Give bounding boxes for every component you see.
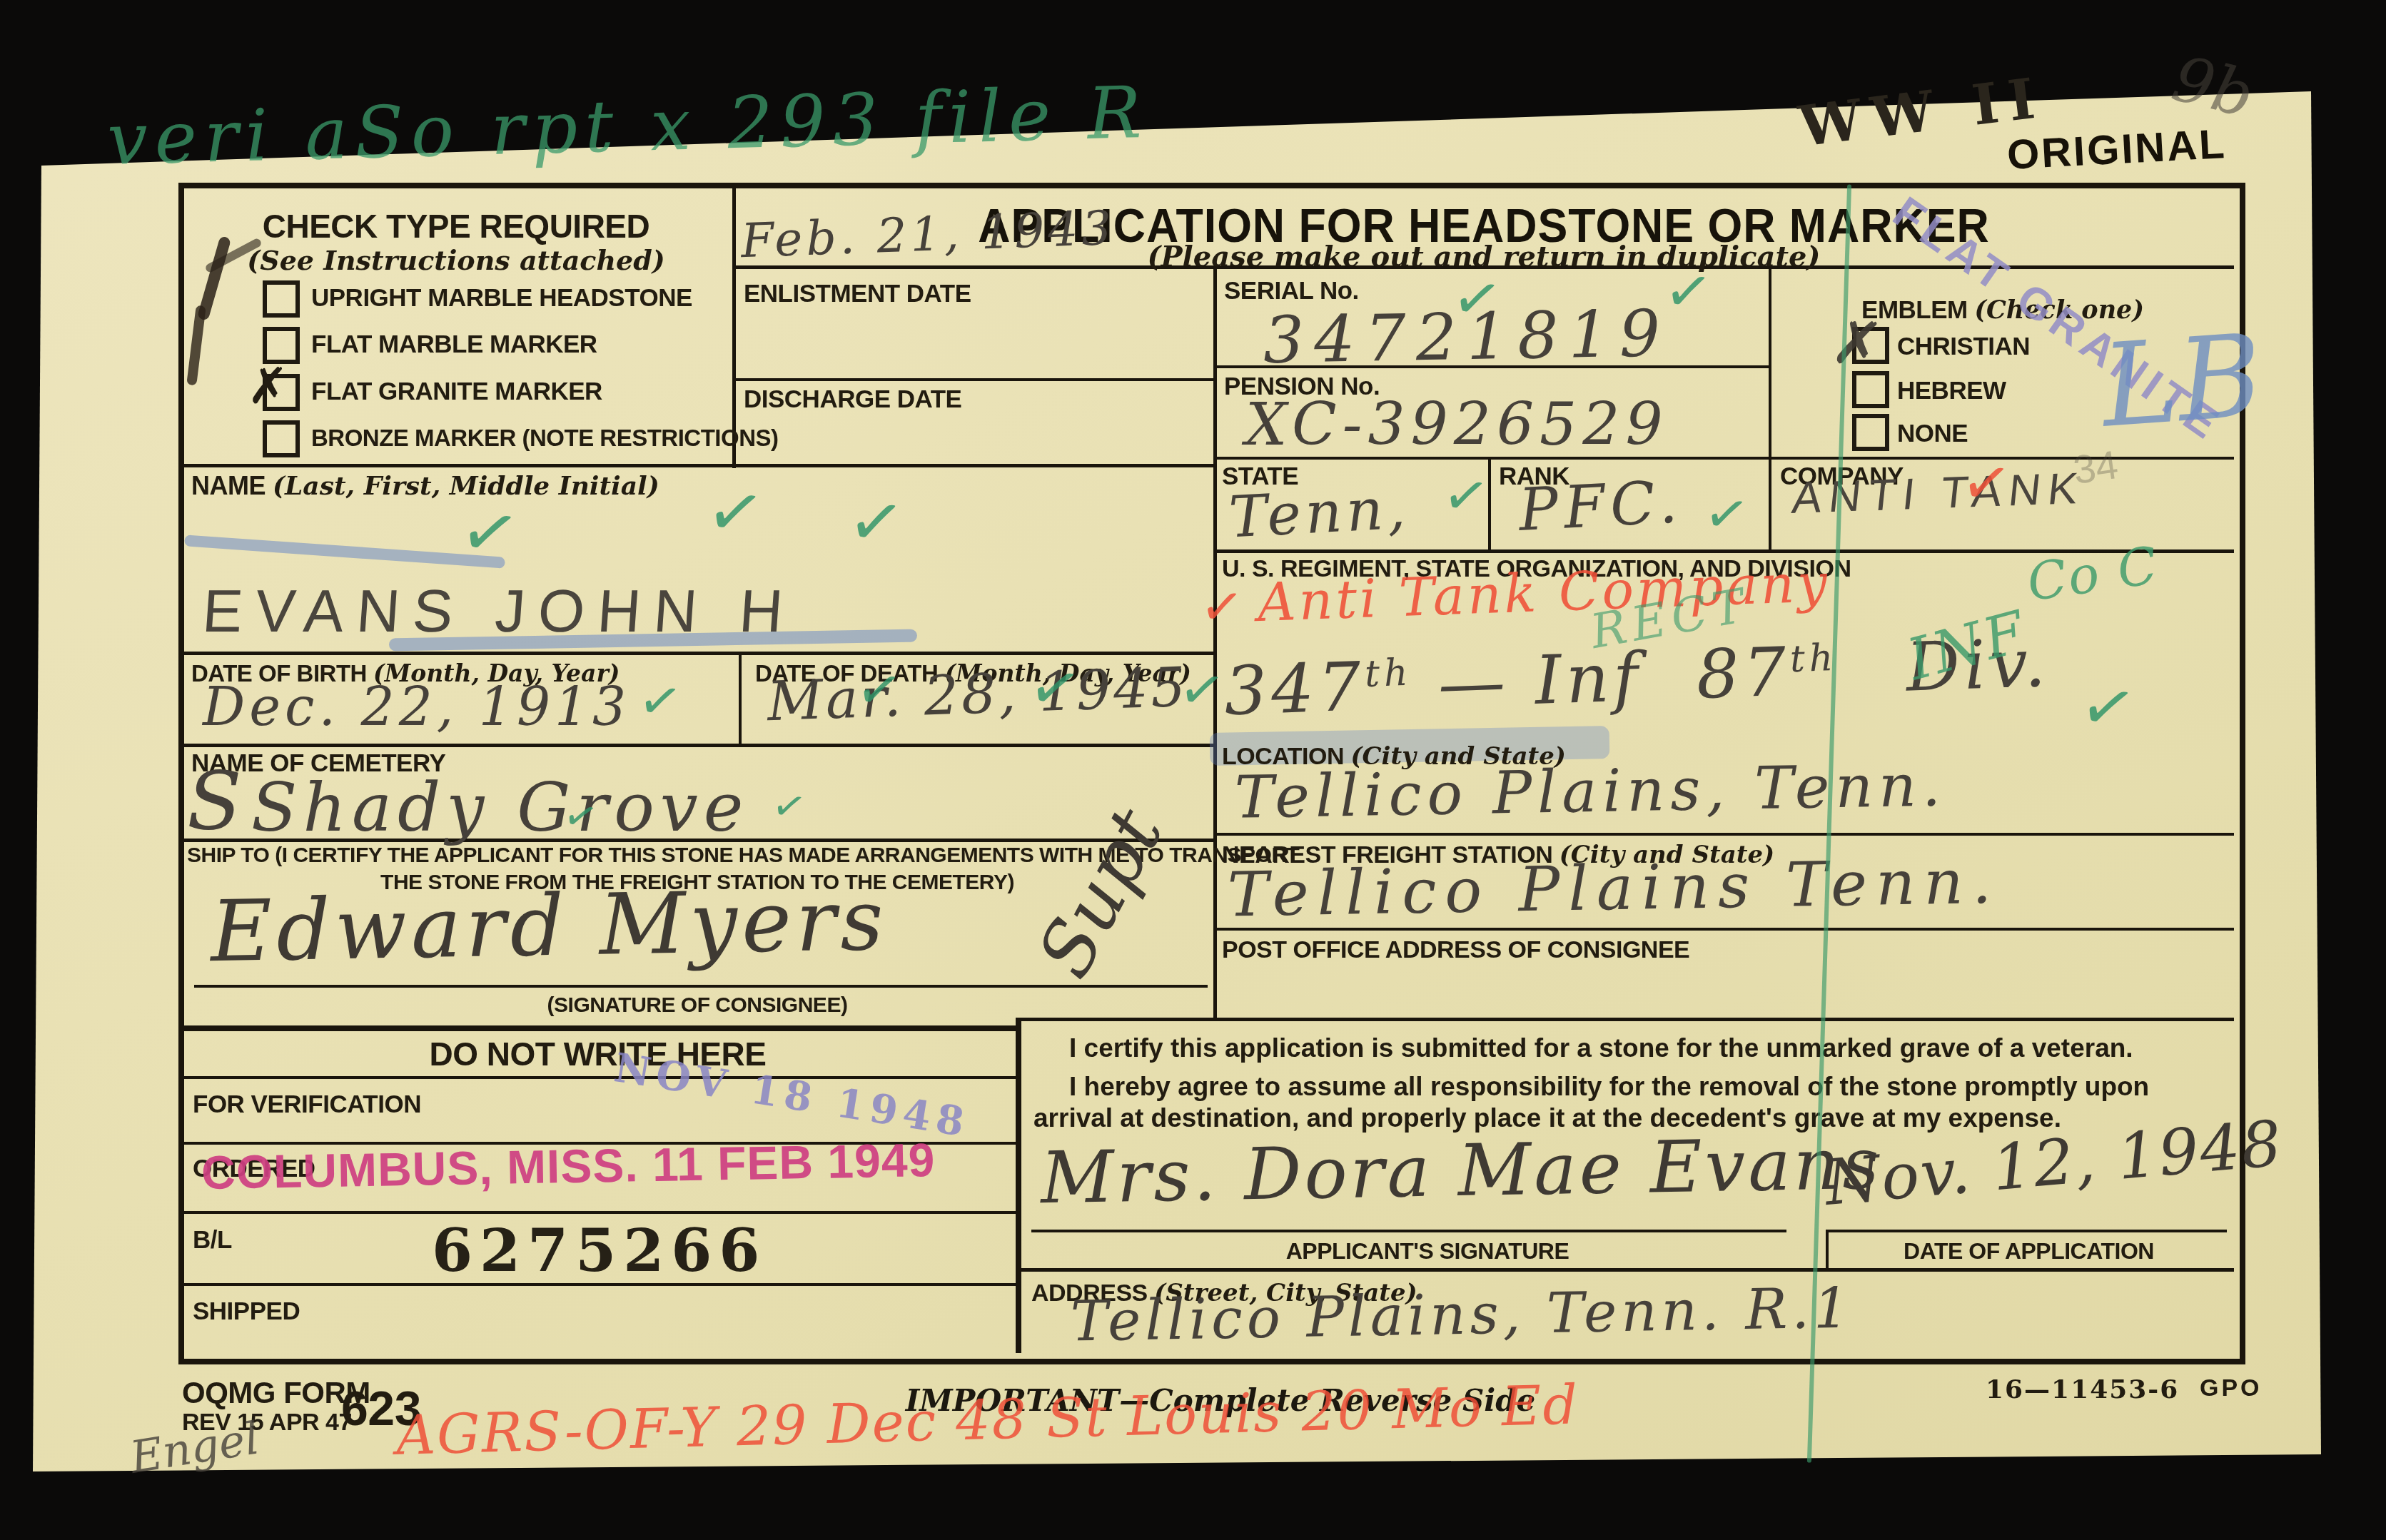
emblem-option-label: CHRISTIAN (1897, 333, 2030, 361)
checkbox-label: UPRIGHT MARBLE HEADSTONE (311, 284, 692, 313)
company-value: ANTI TANK (1789, 463, 2087, 524)
divider (178, 744, 1213, 747)
checkbox-label: BRONZE MARKER (NOTE RESTRICTIONS) (311, 425, 779, 452)
checkbox-bronze (263, 420, 300, 457)
verification-label: FOR VERIFICATION (193, 1090, 421, 1119)
divider (178, 1076, 1016, 1079)
shipped-label: SHIPPED (193, 1297, 300, 1326)
consignee-caption: (SIGNATURE OF CONSIGNEE) (187, 993, 1208, 1018)
bl-label: B/L (193, 1226, 232, 1255)
green-checkmark: ✓ (843, 480, 909, 565)
regiment-347: 347 (1223, 648, 1366, 731)
regiment-inf: — Inf (1437, 639, 1644, 724)
checkbox-label: FLAT MARBLE MARKER (311, 330, 597, 359)
print-code: 16—11453-6 (1986, 1374, 2179, 1404)
regiment-87-sup: th (1789, 637, 1838, 681)
applicant-signature-label: APPLICANT'S SIGNATURE (1031, 1238, 1824, 1265)
checkbox-none (1852, 414, 1889, 451)
pension-no-value: XC-3926529 (1245, 391, 1669, 459)
rank-value: PFC. (1517, 468, 1685, 544)
state-value: Tenn, (1228, 475, 1411, 550)
x-mark-flat-granite: ✗ (247, 357, 289, 415)
divider (1017, 1018, 2234, 1021)
emblem-option-label: NONE (1897, 420, 1968, 448)
application-date-label: DATE OF APPLICATION (1827, 1238, 2230, 1265)
name-label: NAME (Last, First, Middle Initial) (191, 471, 659, 501)
gpo-label: GPO (2200, 1374, 2263, 1402)
bl-number-stamp: 6275266 (432, 1217, 767, 1285)
name-label-main: NAME (191, 471, 266, 500)
name-label-paren: (Last, First, Middle Initial) (273, 471, 659, 501)
regiment-347-sup: th (1364, 652, 1412, 696)
po-address-label: POST OFFICE ADDRESS OF CONSIGNEE (1222, 936, 1689, 964)
divider (1213, 265, 1217, 1019)
checkbox-upright-marble (263, 280, 300, 318)
freight-station-value: Tellico Plains Tenn. (1227, 846, 2001, 931)
consignee-signature: Edward Myers (210, 871, 889, 981)
dnw-box-top (178, 1025, 1021, 1031)
enlistment-date-label: ENLISTMENT DATE (744, 280, 971, 308)
scanned-document: veri aSo rpt x 293 file R WW II ORIGINAL… (0, 0, 2386, 1540)
check-type-subtitle: (See Instructions attached) (178, 244, 734, 276)
dnw-title: DO NOT WRITE HERE (178, 1035, 1017, 1073)
blue-initials: LB (2098, 308, 2266, 452)
birth-value: Dec. 22, 1913 (203, 677, 630, 738)
location-value: Tellico Plains, Tenn. (1234, 751, 1946, 831)
faint-pencil-note: 34 (2071, 441, 2121, 493)
red-checkmark: ✓ (1198, 574, 1247, 639)
address-value: Tellico Plains, Tenn. R.1 (1070, 1276, 1854, 1354)
application-date-line (1826, 1230, 2227, 1232)
divider (178, 1211, 1016, 1214)
certification-line2a: I hereby agree to assume all responsibil… (1069, 1072, 2149, 1102)
check-type-title: CHECK TYPE REQUIRED (178, 207, 734, 245)
serial-no-label: SERIAL No. (1224, 277, 1359, 305)
cemetery-value: Shady Grove (251, 769, 749, 847)
ship-to-label-line1: SHIP TO (I CERTIFY THE APPLICANT FOR THI… (187, 844, 1208, 868)
divider (178, 464, 1213, 467)
emblem-option-label: HEBREW (1897, 377, 2006, 405)
cemetery-initial: S (187, 755, 242, 848)
consignee-signature-line (194, 985, 1208, 988)
applicant-signature-line (1031, 1230, 1786, 1232)
certification-line1: I certify this application is submitted … (1069, 1033, 2133, 1063)
discharge-date-label: DISCHARGE DATE (744, 385, 961, 414)
divider (1213, 833, 2234, 836)
green-checkmark: ✓ (1660, 255, 1717, 328)
applicant-signature: Mrs. Dora Mae Evans (1040, 1122, 1882, 1220)
divider (732, 378, 1213, 381)
red-checkmark: ✓ (1957, 445, 2016, 522)
checkbox-label: FLAT GRANITE MARKER (311, 378, 602, 406)
divider (739, 652, 742, 744)
checkbox-hebrew (1852, 371, 1889, 408)
divider (1017, 1268, 2234, 1272)
regiment-87: 87 (1695, 634, 1791, 715)
